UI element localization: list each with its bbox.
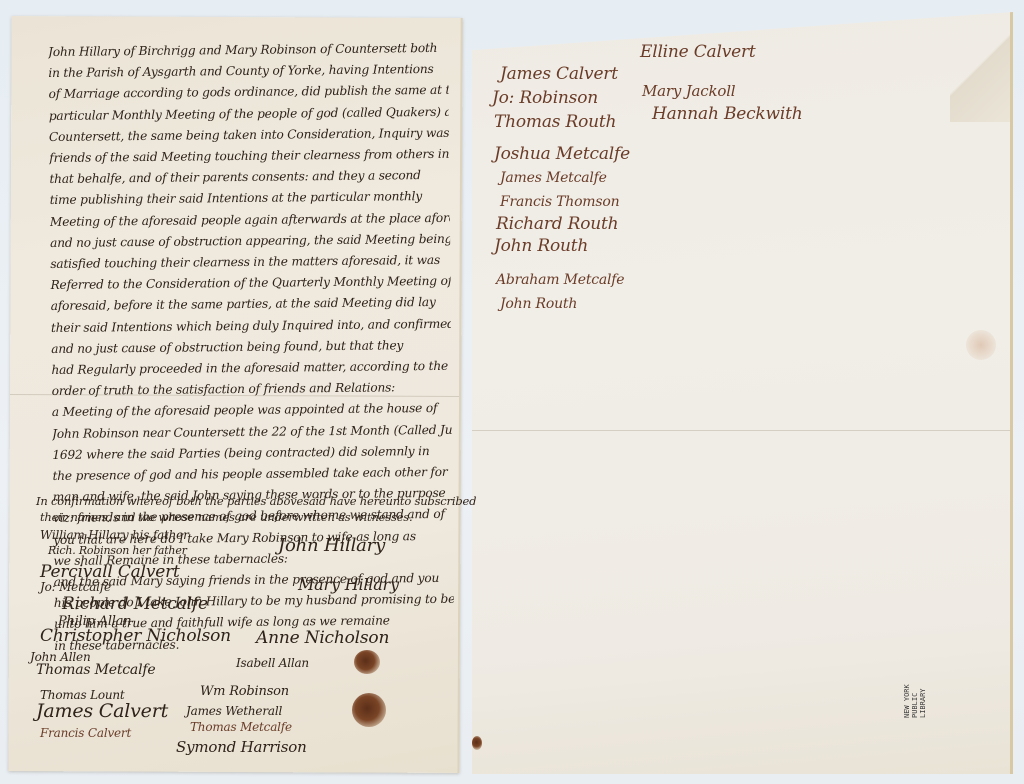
confirmation-line: their names, and we whose names are unde… (40, 510, 412, 524)
witness-signature: Joshua Metcalfe (494, 144, 630, 164)
witness-signature: Isabell Allan (236, 656, 309, 670)
witness-signature: Richard Routh (496, 214, 618, 234)
signature-groom: John Hillary (278, 535, 385, 556)
water-stain (966, 330, 996, 360)
witness-signature: James Wetherall (186, 704, 282, 718)
witness-signature: James Calvert (500, 64, 618, 84)
confirmation-line: In confirmation whereof both the parties… (36, 494, 476, 508)
witness-signature: Mary Jackoll (642, 82, 735, 100)
signature-groom-father: William Hillary his father (40, 528, 189, 542)
witness-signature: Wm Robinson (200, 684, 289, 699)
witness-signature: Percivall Calvert (40, 562, 180, 582)
witness-signature: Abraham Metcalfe (496, 272, 624, 288)
ink-stain (472, 736, 482, 750)
corner-fold (950, 12, 1010, 122)
witness-signature: Richard Metcalfe (62, 594, 208, 614)
witness-signature: Hannah Beckwith (652, 104, 803, 124)
witness-signature: Symond Harrison (176, 738, 307, 756)
witness-signature: Francis Calvert (40, 726, 131, 740)
fold-crease (472, 430, 1010, 431)
witness-signature: Jo: Robinson (492, 88, 598, 108)
witness-signature: Thomas Metcalfe (36, 662, 155, 678)
ink-stain (354, 650, 380, 674)
signature-bride-father: Rich. Robinson her father (48, 544, 187, 557)
witness-signature: Anne Nicholson (256, 628, 389, 648)
library-stamp: NEW YORK PUBLIC LIBRARY (903, 668, 929, 718)
witness-signature: Francis Thomson (500, 194, 619, 210)
ink-stain (352, 693, 386, 727)
witness-signature: Christopher Nicholson (40, 626, 231, 646)
witness-signature: Thomas Routh (494, 112, 616, 132)
witness-signature: John Routh (500, 296, 577, 312)
witness-signature: James Metcalfe (500, 170, 607, 186)
signature-bride: Mary Hillary (298, 575, 399, 594)
witness-signature: Jo: Metcalfe (40, 580, 111, 594)
witness-signature: James Calvert (36, 700, 168, 722)
witness-signature: John Routh (494, 236, 588, 256)
witness-signature: Elline Calvert (640, 42, 756, 62)
witness-signature: Thomas Metcalfe (190, 720, 292, 734)
